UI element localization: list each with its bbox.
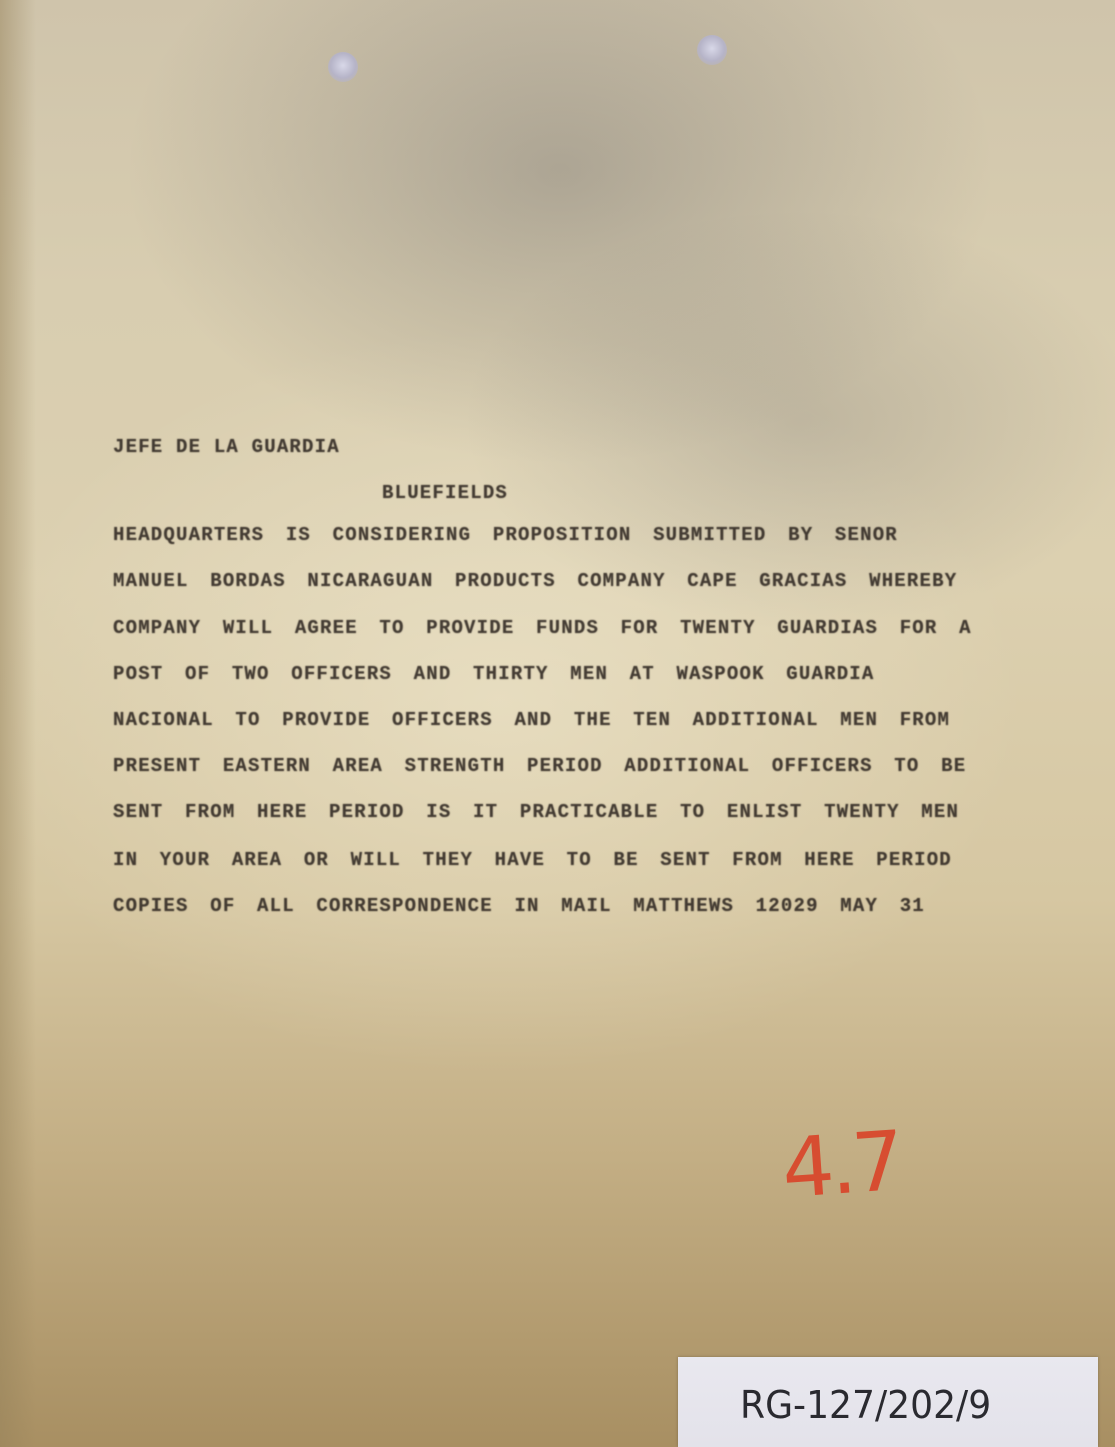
- message-line: POST OF TWO OFFICERS AND THIRTY MEN AT W…: [113, 663, 875, 685]
- punch-hole-icon: [328, 52, 358, 82]
- destination-place: BLUEFIELDS: [382, 482, 508, 504]
- paper-edge-shadow: [0, 0, 36, 1447]
- message-line: COMPANY WILL AGREE TO PROVIDE FUNDS FOR …: [113, 617, 972, 639]
- message-line: SENT FROM HERE PERIOD IS IT PRACTICABLE …: [113, 801, 959, 823]
- message-line: HEADQUARTERS IS CONSIDERING PROPOSITION …: [113, 524, 898, 546]
- message-line: COPIES OF ALL CORRESPONDENCE IN MAIL MAT…: [113, 895, 925, 917]
- message-line: PRESENT EASTERN AREA STRENGTH PERIOD ADD…: [113, 755, 966, 777]
- archive-label: RG-127/202/9: [678, 1357, 1098, 1447]
- message-line: NACIONAL TO PROVIDE OFFICERS AND THE TEN…: [113, 709, 950, 731]
- punch-hole-icon: [697, 35, 727, 65]
- message-line: MANUEL BORDAS NICARAGUAN PRODUCTS COMPAN…: [113, 570, 957, 592]
- addressee: JEFE DE LA GUARDIA: [113, 436, 340, 458]
- handwritten-folio-number: 4.7: [779, 1114, 904, 1217]
- archive-reference: RG-127/202/9: [740, 1383, 991, 1427]
- message-line: IN YOUR AREA OR WILL THEY HAVE TO BE SEN…: [113, 849, 952, 871]
